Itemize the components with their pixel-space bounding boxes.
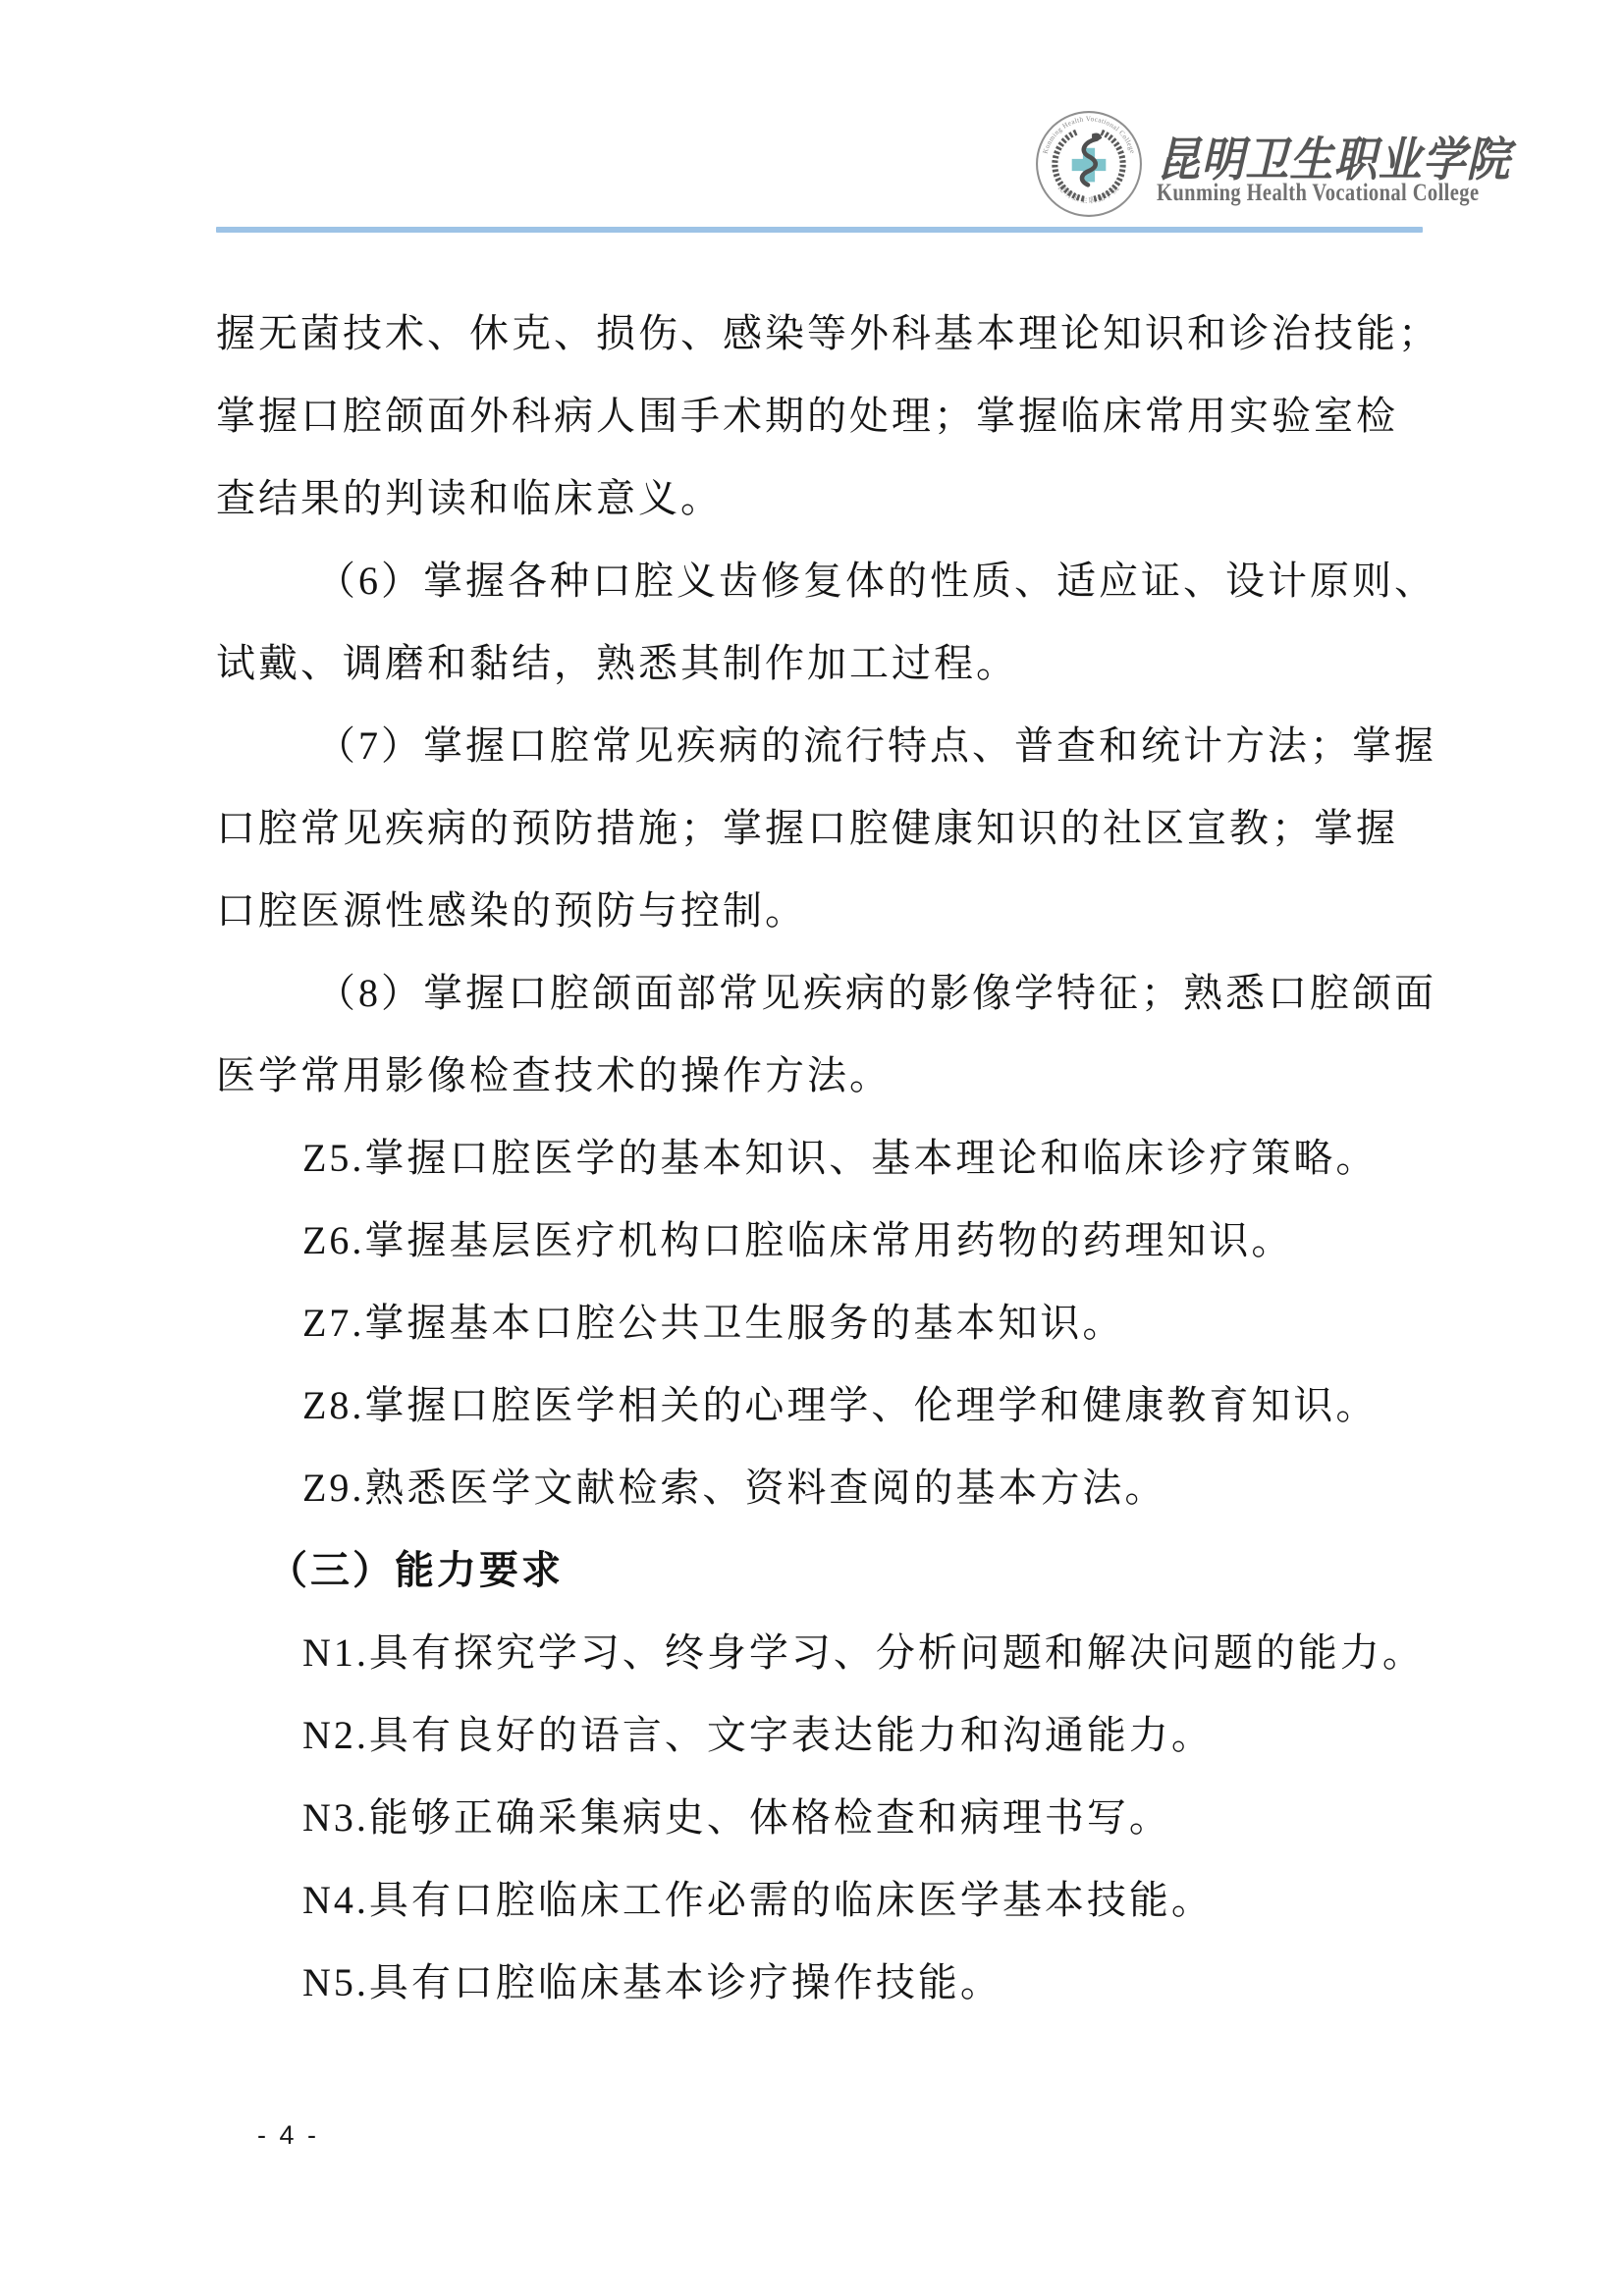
college-name-english: Kunming Health Vocational College [1157,180,1494,211]
text-line: N2.具有良好的语言、文字表达能力和沟通能力。 [216,1694,1439,1777]
text-line: （8）掌握口腔颌面部常见疾病的影像学特征；熟悉口腔颌面 [216,952,1439,1035]
text-line: N1.具有探究学习、终身学习、分析问题和解决问题的能力。 [216,1612,1439,1694]
text-line: （6）掌握各种口腔义齿修复体的性质、适应证、设计原则、 [216,540,1439,622]
text-line: 口腔医源性感染的预防与控制。 [216,870,1439,952]
header-divider-line [216,227,1423,233]
text-line: 试戴、调磨和黏结，熟悉其制作加工过程。 [216,622,1439,705]
page-number: - 4 - [257,2120,319,2151]
text-line: 查结果的判读和临床意义。 [216,457,1439,540]
document-body: 握无菌技术、休克、损伤、感染等外科基本理论知识和诊治技能；掌握口腔颌面外科病人围… [216,293,1439,2024]
text-line: Z5.掌握口腔医学的基本知识、基本理论和临床诊疗策略。 [216,1117,1439,1200]
text-line: 口腔常见疾病的预防措施；掌握口腔健康知识的社区宣教；掌握 [216,787,1439,870]
text-line: N3.能够正确采集病史、体格检查和病理书写。 [216,1777,1439,1859]
text-line: （7）掌握口腔常见疾病的流行特点、普查和统计方法；掌握 [216,705,1439,787]
college-seal-logo: Kunming Health Vocational College 昆明卫生职业… [1034,109,1144,219]
text-line: N4.具有口腔临床工作必需的临床医学基本技能。 [216,1859,1439,1942]
college-name-calligraphy: 昆明卫生职业学院 [1157,122,1500,183]
text-line: Z6.掌握基层医疗机构口腔临床常用药物的药理知识。 [216,1200,1439,1282]
text-line: N5.具有口腔临床基本诊疗操作技能。 [216,1942,1439,2024]
text-line: 医学常用影像检查技术的操作方法。 [216,1035,1439,1117]
text-line: Z7.掌握基本口腔公共卫生服务的基本知识。 [216,1282,1439,1364]
text-line: 握无菌技术、休克、损伤、感染等外科基本理论知识和诊治技能； [216,293,1439,375]
text-line: Z9.熟悉医学文献检索、资料查阅的基本方法。 [216,1447,1439,1529]
text-line: Z8.掌握口腔医学相关的心理学、伦理学和健康教育知识。 [216,1364,1439,1447]
text-line: （三）能力要求 [216,1529,1439,1612]
document-page: Kunming Health Vocational College 昆明卫生职业… [0,0,1624,2296]
text-line: 掌握口腔颌面外科病人围手术期的处理；掌握临床常用实验室检 [216,375,1439,457]
